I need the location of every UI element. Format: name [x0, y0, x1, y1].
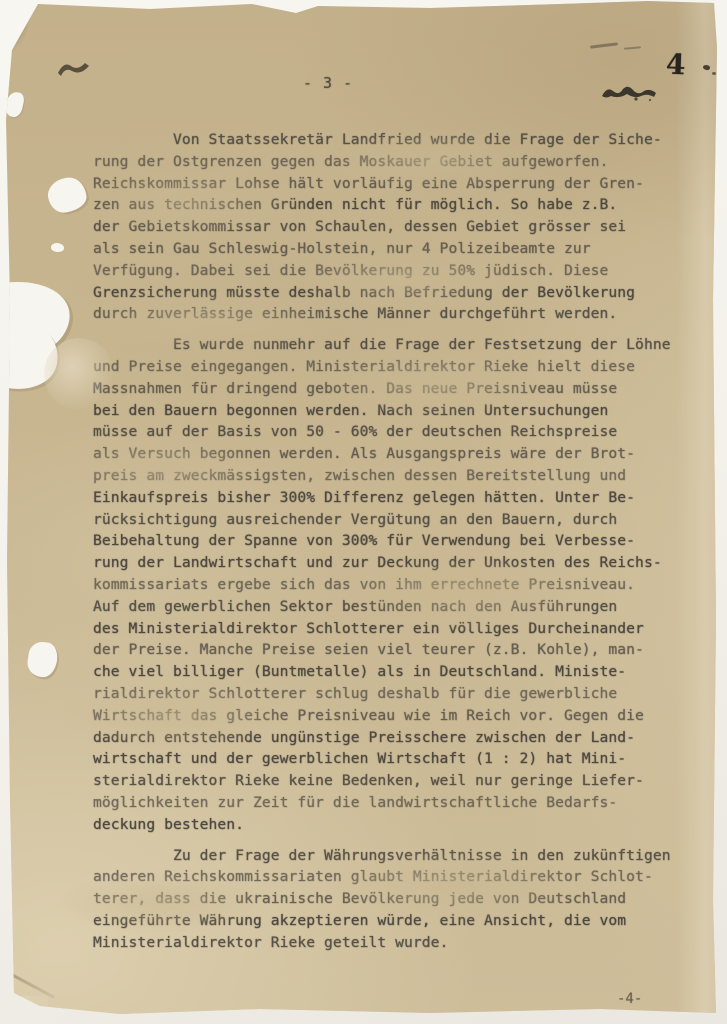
paragraph: Von Staatssekretär Landfried wurde die F… — [93, 129, 668, 325]
typed-line: Massnahmen für dringend geboten. Das neu… — [93, 378, 668, 400]
typed-line: der Gebietskommissar von Schaulen, desse… — [93, 216, 668, 238]
typed-line: dadurch entstehende ungünstige Preissche… — [93, 727, 668, 749]
torn-edge-flap — [44, 338, 114, 410]
ink-scribble — [56, 55, 92, 81]
scan-background: - 3 - 4 Von Staatssekretär Landfried wur… — [0, 0, 727, 1024]
typed-line: durch zuverlässige einheimische Männer d… — [93, 303, 668, 325]
paragraph: Zu der Frage der Währungsverhältnisse in… — [93, 845, 668, 954]
fold-corner — [14, 996, 48, 1018]
paper-hole — [26, 640, 60, 679]
torn-edge-hole — [4, 91, 26, 119]
document-page: - 3 - 4 Von Staatssekretär Landfried wur… — [0, 0, 727, 1024]
typed-line: sterialdirektor Rieke keine Bedenken, we… — [93, 770, 668, 792]
typed-line: als sein Gau Schleswig-Holstein, nur 4 P… — [93, 238, 668, 260]
typed-line: Grenzsicherung müsste deshalb nach Befri… — [93, 282, 668, 304]
typed-line: deckung bestehen. — [93, 814, 668, 836]
typed-line: Auf dem gewerblichen Sektor bestünden na… — [93, 596, 668, 618]
typed-line: als Versuch begonnen werden. Als Ausgang… — [93, 443, 668, 465]
typed-line: rung der Ostgrenzen gegen das Moskauer G… — [93, 151, 668, 173]
typed-line: zen aus technischen Gründen nicht für mö… — [93, 194, 668, 216]
typed-line: rialdirektor Schlotterer schlug deshalb … — [93, 683, 668, 705]
pencil-dash-mark — [624, 46, 641, 49]
typed-body: Von Staatssekretär Landfried wurde die F… — [93, 129, 668, 953]
typed-line: preis am zweckmässigsten, zwischen desse… — [93, 465, 668, 487]
typed-line: wirtschaft und der gewerblichen Wirtscha… — [93, 748, 668, 770]
typed-line: des Ministerialdirektor Schlotterer ein … — [93, 618, 668, 640]
typed-page-number: - 3 - — [303, 74, 423, 92]
typed-line: möglichkeiten zur Zeit für die landwirts… — [93, 792, 668, 814]
typed-line: eingeführte Währung akzeptieren würde, e… — [93, 910, 668, 932]
typed-line: und Preise eingegangen. Ministerialdirek… — [93, 356, 668, 378]
fold-crease — [8, 972, 55, 999]
typed-line: rung der Landwirtschaft und zur Deckung … — [93, 552, 668, 574]
torn-corner-shadow — [0, 1, 35, 58]
typed-line: che viel billiger (Buntmetalle) als in D… — [93, 661, 668, 683]
torn-edge-hole — [51, 243, 64, 252]
typed-line: bei den Bauern begonnen werden. Nach sei… — [93, 400, 668, 422]
typed-line: Von Staatssekretär Landfried wurde die F… — [93, 129, 668, 151]
stamped-page-number: 4 — [665, 48, 686, 82]
typed-line: Einkaufspreis bisher 300% Differenz gele… — [93, 487, 668, 509]
typed-line: der Preise. Manche Preise seien viel teu… — [93, 639, 668, 661]
torn-edge-hole — [45, 175, 88, 215]
footer-page-number: -4- — [617, 991, 642, 1007]
ink-speck — [702, 64, 710, 71]
paragraph: Es wurde nunmehr auf die Frage der Fests… — [93, 334, 668, 835]
typed-line: terer, dass die ukrainische Bevölkerung … — [93, 888, 668, 910]
ink-smudge — [600, 82, 660, 106]
typed-line: Verfügung. Dabei sei die Bevölkerung zu … — [93, 260, 668, 282]
typed-line: kommissariats ergebe sich das von ihm er… — [93, 574, 668, 596]
typed-line: Ministerialdirektor Rieke geteilt wurde. — [93, 932, 668, 954]
typed-line: Wirtschaft das gleiche Preisniveau wie i… — [93, 705, 668, 727]
typed-line: Reichskommissar Lohse hält vorläufig ein… — [93, 173, 668, 195]
typed-line: müsse auf der Basis von 50 - 60% der deu… — [93, 421, 668, 443]
pencil-dash-mark — [590, 42, 618, 48]
ink-speck — [712, 72, 716, 75]
typed-line: Es wurde nunmehr auf die Frage der Fests… — [93, 334, 668, 356]
typed-line: Beibehaltung der Spanne von 300% für Ver… — [93, 530, 668, 552]
typed-line: rücksichtigung ausreichender Vergütung a… — [93, 509, 668, 531]
typed-line: Zu der Frage der Währungsverhältnisse in… — [93, 845, 668, 867]
typed-line: anderen Reichskommissariaten glaubt Mini… — [93, 866, 668, 888]
